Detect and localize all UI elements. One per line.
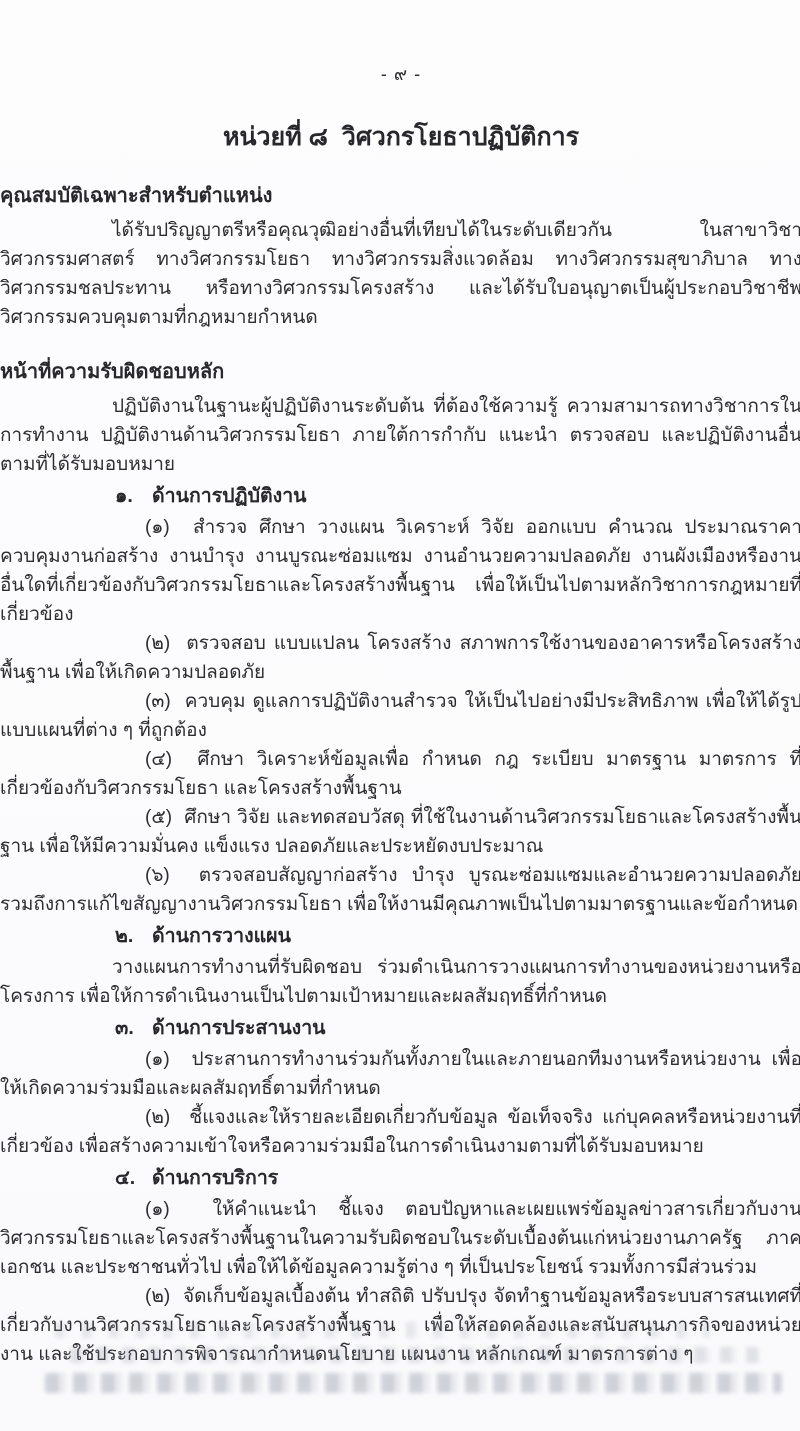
- bleed-through-line: [45, 1373, 782, 1393]
- duty-heading-service: ๔.ด้านการบริการ: [0, 1164, 800, 1193]
- document-content: - ๙ - หน่วยที่ ๘ วิศวกรโยธาปฏิบัติการ คุ…: [0, 0, 800, 1369]
- section-heading-qualifications: คุณสมบัติเฉพาะสำหรับตำแหน่ง: [0, 182, 800, 211]
- duty-number: ๔.: [115, 1164, 152, 1193]
- duty-item: (๑) ให้คำแนะนำ ชี้แจง ตอบปัญหาและเผยแพร่…: [0, 1195, 800, 1282]
- duty-item: (๖) ตรวจสอบสัญญาก่อสร้าง บำรุง บูรณะซ่อม…: [0, 861, 800, 919]
- duty-number: ๑.: [115, 482, 152, 511]
- duty-item: (๕) ศึกษา วิจัย และทดสอบวัสดุ ที่ใช้ในงา…: [0, 803, 800, 861]
- qualifications-paragraph: ได้รับปริญญาตรีหรือคุณวุฒิอย่างอื่นที่เท…: [0, 216, 800, 332]
- page-title: หน่วยที่ ๘ วิศวกรโยธาปฏิบัติการ: [0, 123, 800, 152]
- duty-number: ๒.: [115, 922, 152, 951]
- duty-title: ด้านการวางแผน: [152, 925, 291, 947]
- responsibilities-intro: ปฏิบัติงานในฐานะผู้ปฏิบัติงานระดับต้น ที…: [0, 392, 800, 479]
- duty-item: (๒) ชี้แจงและให้รายละเอียดเกี่ยวกับข้อมู…: [0, 1103, 800, 1161]
- duty-number: ๓.: [115, 1014, 152, 1043]
- duty-item: (๒) จัดเก็บข้อมูลเบื้องต้น ทำสถิติ ปรับป…: [0, 1282, 800, 1369]
- duty-title: ด้านการประสานงาน: [152, 1017, 325, 1039]
- duty-title: ด้านการปฏิบัติงาน: [152, 485, 307, 507]
- duty-heading-operations: ๑.ด้านการปฏิบัติงาน: [0, 482, 800, 511]
- duty-paragraph: วางแผนการทำงานที่รับผิดชอบ ร่วมดำเนินการ…: [0, 953, 800, 1011]
- scanned-document-page: - ๙ - หน่วยที่ ๘ วิศวกรโยธาปฏิบัติการ คุ…: [0, 0, 800, 1431]
- page-number: - ๙ -: [0, 60, 800, 89]
- duty-item: (๒) ตรวจสอบ แบบแปลน โครงสร้าง สภาพการใช้…: [0, 629, 800, 687]
- duty-heading-planning: ๒.ด้านการวางแผน: [0, 922, 800, 951]
- duty-item: (๑) ประสานการทำงานร่วมกันทั้งภายในและภาย…: [0, 1045, 800, 1103]
- duty-title: ด้านการบริการ: [152, 1167, 278, 1189]
- duty-item: (๑) สำรวจ ศึกษา วางแผน วิเคราะห์ วิจัย อ…: [0, 513, 800, 629]
- duty-item: (๓) ควบคุม ดูแลการปฏิบัติงานสำรวจ ให้เป็…: [0, 687, 800, 745]
- duty-item: (๔) ศึกษา วิเคราะห์ข้อมูลเพื่อ กำหนด กฎ …: [0, 745, 800, 803]
- section-heading-responsibilities: หน้าที่ความรับผิดชอบหลัก: [0, 358, 800, 387]
- duty-heading-coordination: ๓.ด้านการประสานงาน: [0, 1014, 800, 1043]
